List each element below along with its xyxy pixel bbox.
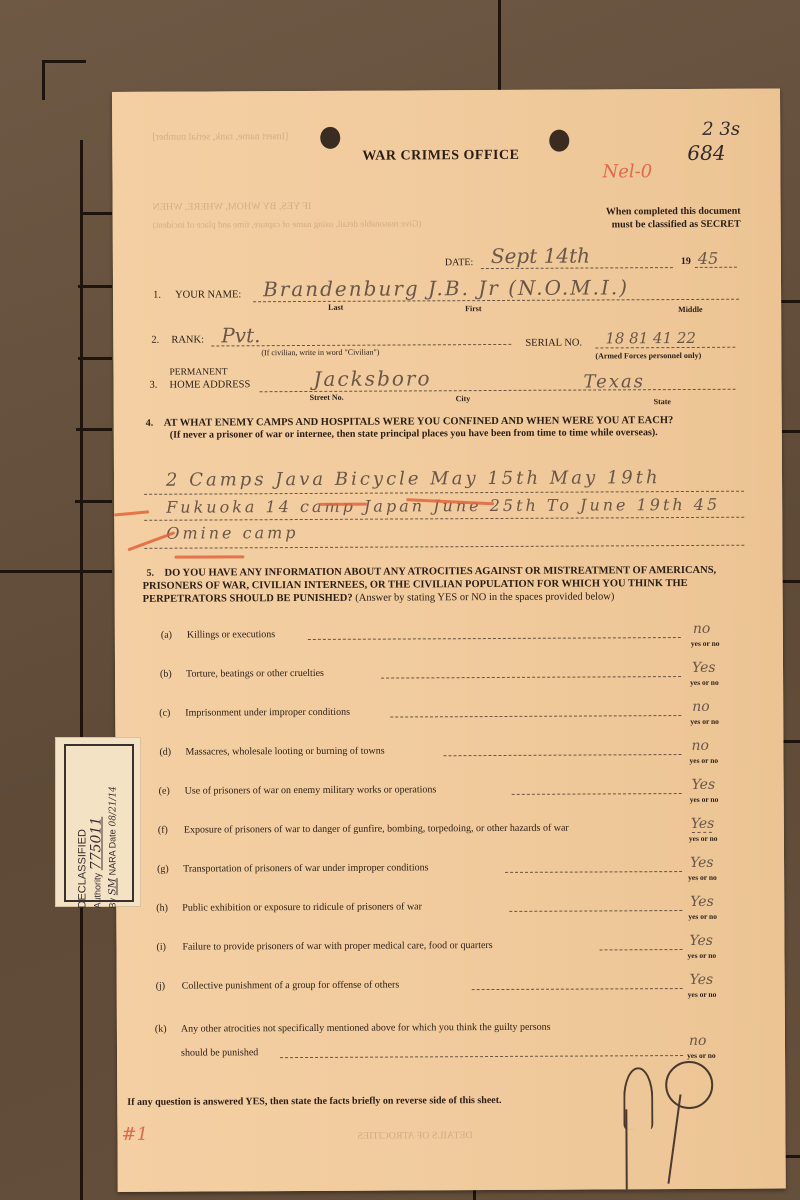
q4-hint: (If never a prisoner of war or internee,… [144, 427, 740, 442]
q5-item-answer[interactable]: no [689, 1033, 707, 1049]
background-ruler [80, 140, 83, 1200]
q4-answer-line [144, 545, 744, 549]
q5-item-line [381, 676, 681, 679]
background-ruler [42, 60, 45, 100]
bleed-through-text: IF YES, BY WHOM, WHERE, WHEN [153, 201, 312, 213]
q5-item-text: Use of prisoners of war on enemy militar… [185, 784, 437, 796]
name-sub-middle: Middle [678, 305, 702, 314]
q5-item-row: (j)Collective punishment of a group for … [117, 977, 785, 980]
q4-answer[interactable]: Fukuoka 14 camp Japan June 25th To June … [166, 495, 720, 517]
q5-item-text: Massacres, wholesale looting or burning … [185, 746, 384, 758]
q5-items: (a)Killings or executionsnoyes or no(b)T… [112, 89, 780, 92]
address-label-2: HOME ADDRESS [170, 379, 251, 390]
handwritten-initials [665, 1061, 713, 1109]
background-ruler [76, 428, 112, 431]
q5-item-answer-hint: yes or no [689, 756, 718, 765]
q5-item-text: Imprisonment under improper conditions [185, 707, 350, 719]
q5-item-answer-hint: yes or no [688, 951, 717, 960]
background-ruler [42, 60, 86, 63]
q5-item-line [280, 1055, 683, 1058]
punch-hole [320, 127, 340, 149]
q5-item-key: (k) [155, 1024, 167, 1035]
q5-item-key: (a) [161, 630, 172, 641]
q4-answer[interactable]: Omine camp [166, 523, 298, 543]
address-sub-city: City [456, 394, 471, 403]
q5-item-line [390, 715, 681, 718]
q5-item-answer[interactable]: Yes [691, 816, 715, 832]
q5-item-text: Failure to provide prisoners of war with… [182, 940, 492, 953]
q5-item-key: (h) [156, 903, 168, 914]
red-underline [319, 503, 367, 506]
handwritten-initials [623, 1067, 653, 1129]
handwritten-red-mark: #1 [121, 1124, 148, 1145]
red-underline [174, 555, 244, 558]
q5-item-answer-hint: yes or no [689, 834, 718, 843]
q5-item-line [512, 793, 682, 795]
q5-item-answer[interactable]: Yes [692, 660, 716, 676]
initials-stroke [625, 1109, 627, 1189]
background-ruler [80, 212, 112, 215]
declassified-stamp: DECLASSIFIED Authority 775011 By SM NARA… [55, 737, 141, 907]
background-ruler [780, 430, 800, 433]
bleed-through-text: DETAILS OF ATROCITIES [357, 1130, 472, 1142]
handwritten-red-code: Nel-0 [602, 161, 652, 182]
q5-item-text: Killings or executions [187, 629, 275, 640]
initials-stroke [667, 1094, 681, 1183]
q5-item-line [505, 871, 682, 873]
date-year-prefix: 19 [681, 256, 691, 267]
q5-item-key: (i) [156, 942, 166, 953]
rank-hint: (If civilian, write in word "Civilian") [261, 348, 379, 358]
date-field[interactable]: Sept 14th [491, 243, 590, 268]
q4-number: 4. [146, 418, 154, 429]
name-field[interactable]: Brandenburg J.B. Jr (N.O.M.I.) [263, 275, 629, 301]
footer-note: If any question is answered YES, then st… [127, 1095, 501, 1108]
serial-label: SERIAL NO. [525, 338, 582, 349]
date-year-field[interactable]: 45 [698, 249, 718, 268]
q5-item-answer[interactable]: Yes [690, 855, 714, 871]
handwritten-file-number: 684 [687, 141, 725, 165]
q5-item-row: (h)Public exhibition or exposure to ridi… [116, 899, 784, 902]
q5-item-line [599, 949, 682, 950]
q5-item-key: (j) [156, 981, 166, 992]
q5-item-answer[interactable]: Yes [690, 972, 714, 988]
q5-item-key: (g) [157, 864, 169, 875]
bleed-through-text: (Give reasonable detail, using name of c… [153, 218, 422, 229]
background-ruler [78, 285, 112, 288]
q5-item-row: (c)Imprisonment under improper condition… [115, 704, 783, 707]
red-underline [114, 510, 149, 516]
q5-item-answer-hint: yes or no [690, 795, 719, 804]
war-crimes-form: [Insert name, rank, serial number] IF YE… [112, 89, 786, 1192]
name-label: YOUR NAME: [175, 289, 241, 300]
q5-item-answer-hint: yes or no [688, 912, 717, 921]
rank-field[interactable]: Pvt. [221, 323, 260, 347]
q5-item-text: Collective punishment of a group for off… [182, 980, 400, 992]
q5-item-text-cont: should be punished [181, 1047, 258, 1058]
q5-item-row: (d)Massacres, wholesale looting or burni… [115, 743, 783, 746]
serial-field[interactable]: 18 81 41 22 [605, 329, 696, 347]
q5-item-answer-hint: yes or no [687, 1051, 716, 1060]
q5-item-row: (f)Exposure of prisoners of war to dange… [116, 821, 784, 824]
q5-item-row: (g)Transportation of prisoners of war un… [116, 860, 784, 863]
q5-item-answer[interactable]: no [691, 738, 709, 754]
q5-item-key: (d) [159, 747, 171, 758]
q5-item-answer[interactable]: Yes [692, 777, 716, 793]
background-ruler [78, 357, 112, 360]
q5-item-answer[interactable]: no [693, 621, 711, 637]
address-number: 3. [150, 380, 158, 391]
address-label-1: PERMANENT [169, 367, 227, 377]
q5-item-line [472, 988, 683, 990]
q5-question: DO YOU HAVE ANY INFORMATION ABOUT ANY AT… [142, 564, 738, 606]
q5-item-answer[interactable]: Yes [689, 933, 713, 949]
q5-item-text: Exposure of prisoners of war to danger o… [184, 823, 569, 836]
q5-item-line [308, 637, 681, 640]
address-state-field[interactable]: Texas [583, 371, 644, 392]
background-ruler [0, 570, 112, 573]
punch-hole [549, 130, 569, 152]
q5-item-answer-hint: yes or no [688, 990, 717, 999]
date-label: DATE: [445, 257, 473, 268]
q5-item-key: (f) [158, 825, 168, 836]
q5-item-row: (e)Use of prisoners of war on enemy mili… [116, 782, 784, 785]
classification-note: When completed this document must be cla… [606, 205, 741, 232]
q5-item-text: Torture, beatings or other cruelties [186, 668, 324, 680]
name-sub-last: Last [328, 303, 343, 312]
q5-item-answer-hint: yes or no [690, 717, 719, 726]
background-ruler [780, 580, 800, 583]
bleed-through-text: [Insert name, rank, serial number] [152, 131, 288, 143]
q5-item-key: (e) [159, 786, 170, 797]
q4-answer[interactable]: 2 Camps Java Bicycle May 15th May 19th [166, 467, 661, 491]
rank-number: 2. [151, 335, 159, 346]
q5-item-text: Public exhibition or exposure to ridicul… [182, 901, 422, 913]
q5-item-row: (a)Killings or executionsnoyes or no [115, 626, 783, 629]
rank-label: RANK: [171, 335, 204, 346]
q5-item-text: Any other atrocities not specifically me… [181, 1022, 551, 1035]
background-ruler [75, 500, 112, 503]
q4-answer-line [144, 517, 744, 521]
name-sub-first: First [465, 304, 481, 313]
form-title: WAR CRIMES OFFICE [362, 148, 519, 165]
name-number: 1. [153, 290, 161, 301]
background-ruler [780, 300, 800, 303]
q5-item-key: (b) [160, 669, 172, 680]
q5-item-row: (i)Failure to provide prisoners of war w… [116, 938, 784, 941]
q5-item-line [509, 910, 682, 912]
q5-item-answer[interactable]: no [692, 699, 710, 715]
address-city-field[interactable]: Jacksboro [313, 366, 431, 391]
q5-item-answer-hint: yes or no [691, 639, 720, 648]
address-sub-street: Street No. [310, 393, 344, 402]
q5-item-line [692, 832, 712, 833]
q5-item-key: (c) [159, 708, 170, 719]
background-ruler [498, 0, 501, 100]
q5-item-answer-hint: yes or no [690, 678, 719, 687]
q5-item-line [443, 754, 681, 756]
address-sub-state: State [654, 397, 671, 406]
serial-hint: (Armed Forces personnel only) [595, 351, 701, 361]
handwritten-file-number: 2 3s [702, 119, 740, 140]
q5-item-answer-hint: yes or no [688, 873, 717, 882]
q5-item-row: (k)Any other atrocities not specifically… [117, 1020, 785, 1023]
q5-item-answer[interactable]: Yes [690, 894, 714, 910]
q5-item-text: Transportation of prisoners of war under… [183, 862, 428, 874]
q5-item-row: (b)Torture, beatings or other crueltiesY… [115, 665, 783, 668]
